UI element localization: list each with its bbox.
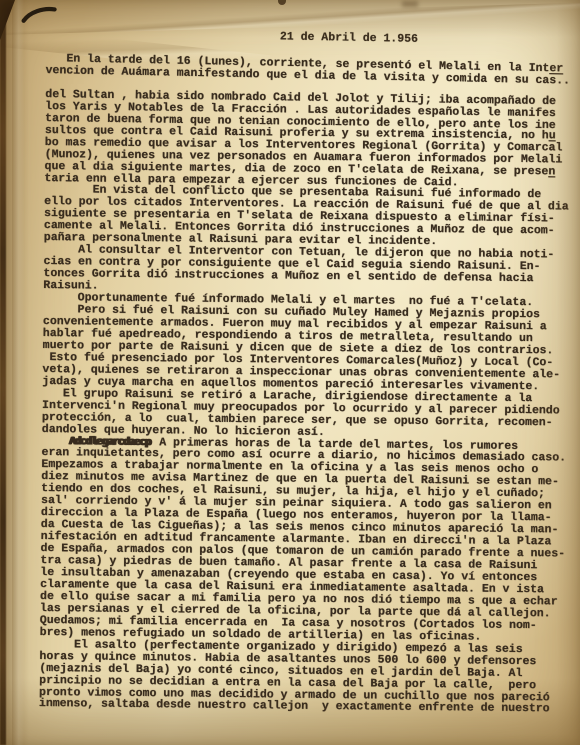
underlined-text: n	[548, 165, 555, 178]
document-photo: 21 de Abril de 1.956 En la tarde del 16 …	[0, 0, 580, 745]
photo-dark-edge	[0, 0, 6, 745]
typewritten-page: 21 de Abril de 1.956 En la tarde del 16 …	[39, 30, 580, 716]
paper-smudge	[402, 1, 418, 7]
pen-mark-icon	[19, 3, 61, 25]
date-line: 21 de Abril de 1.956	[280, 31, 580, 48]
typewritten-lines: En la tarde del 16 (Lunes), corriente, s…	[39, 53, 580, 716]
paper-notch	[278, 0, 286, 5]
paper-crease	[12, 0, 24, 745]
